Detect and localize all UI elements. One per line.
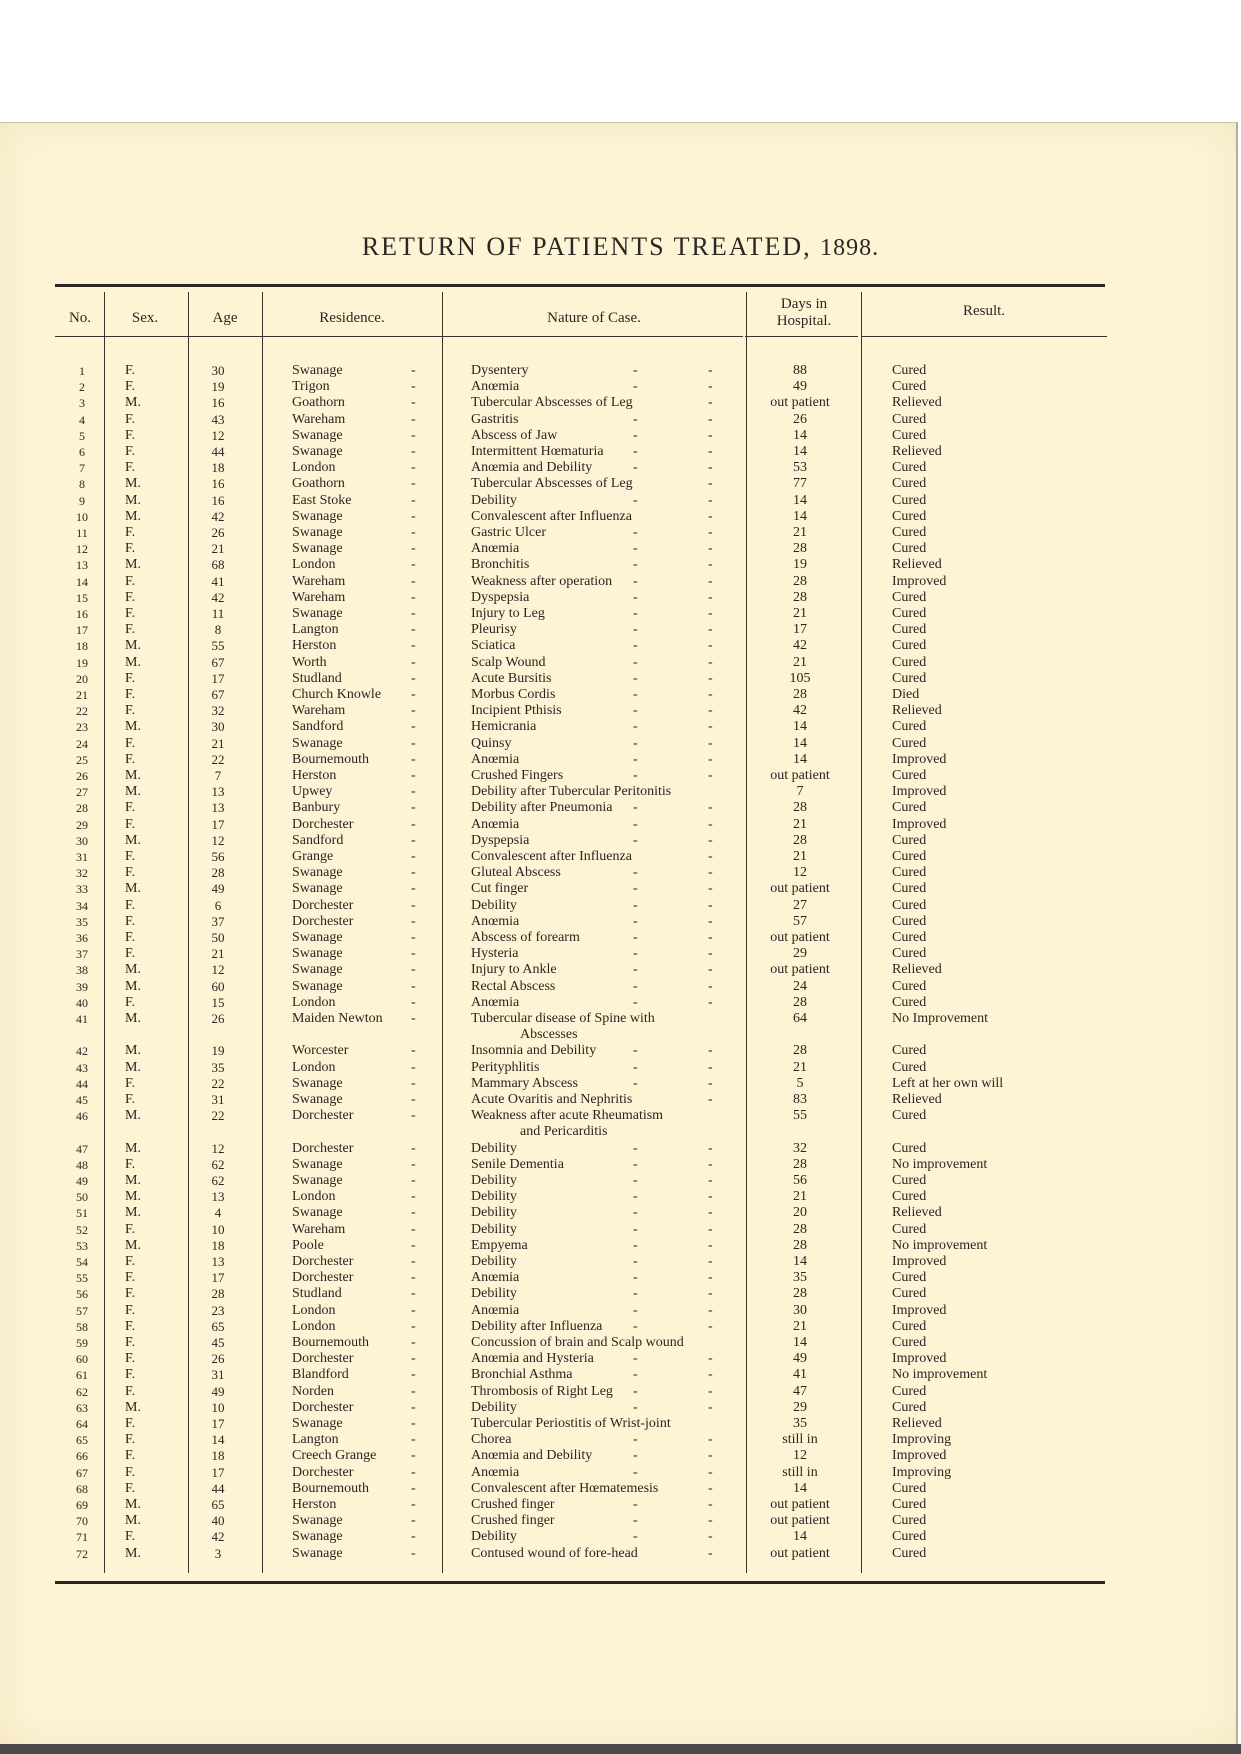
table-row: 68F.44BournemouthConvalescent after Hœma… bbox=[0, 1481, 1241, 1497]
case-leader-dash: - bbox=[633, 1189, 638, 1205]
residence-leader-dash: - bbox=[411, 703, 416, 719]
row-number: 63 bbox=[62, 1400, 102, 1416]
row-number: 61 bbox=[62, 1367, 102, 1383]
row-nature-of-case: Convalescent after Hœmatemesis bbox=[471, 1481, 658, 1497]
row-number: 59 bbox=[62, 1335, 102, 1351]
row-days-in-hospital: 42 bbox=[750, 638, 850, 654]
table-row: 11F.26SwanageGastric Ulcer21Cured--- bbox=[0, 525, 1241, 541]
residence-leader-dash: - bbox=[411, 428, 416, 444]
row-sex: F. bbox=[125, 1529, 165, 1545]
row-age: 17 bbox=[198, 1416, 238, 1432]
case-leader-dash: - bbox=[633, 1400, 638, 1416]
row-days-in-hospital: 56 bbox=[750, 1173, 850, 1189]
row-days-in-hospital: 14 bbox=[750, 752, 850, 768]
row-days-in-hospital: 28 bbox=[750, 574, 850, 590]
residence-leader-dash: - bbox=[411, 1060, 416, 1076]
row-sex: F. bbox=[125, 379, 165, 395]
case-leader-dash: - bbox=[633, 1513, 638, 1529]
row-sex: M. bbox=[125, 1546, 165, 1562]
row-result: Cured bbox=[892, 476, 926, 492]
row-number: 60 bbox=[62, 1351, 102, 1367]
row-residence: Swanage bbox=[292, 865, 343, 881]
row-number: 65 bbox=[62, 1432, 102, 1448]
row-age: 22 bbox=[198, 752, 238, 768]
row-number: 1 bbox=[62, 363, 102, 379]
row-age: 45 bbox=[198, 1335, 238, 1351]
row-age: 50 bbox=[198, 930, 238, 946]
case-leader-dash: - bbox=[708, 768, 713, 784]
case-leader-dash: - bbox=[708, 849, 713, 865]
residence-leader-dash: - bbox=[411, 395, 416, 411]
row-age: 17 bbox=[198, 1465, 238, 1481]
row-age: 28 bbox=[198, 1286, 238, 1302]
row-sex: F. bbox=[125, 687, 165, 703]
table-row: 58F.65LondonDebility after Influenza21Cu… bbox=[0, 1319, 1241, 1335]
header-days-line1: Days in bbox=[748, 296, 860, 313]
table-row: 57F.23LondonAnœmia30Improved--- bbox=[0, 1303, 1241, 1319]
residence-leader-dash: - bbox=[411, 817, 416, 833]
row-sex: F. bbox=[125, 752, 165, 768]
row-sex: F. bbox=[125, 1157, 165, 1173]
table-row: 50M.13LondonDebility21Cured--- bbox=[0, 1189, 1241, 1205]
row-age: 30 bbox=[198, 719, 238, 735]
table-row: 66F.18Creech GrangeAnœmia and Debility12… bbox=[0, 1448, 1241, 1464]
row-residence: Swanage bbox=[292, 1546, 343, 1562]
row-sex: M. bbox=[125, 1513, 165, 1529]
row-nature-of-case: Debility bbox=[471, 1286, 517, 1302]
row-nature-of-case: Weakness after operation bbox=[471, 574, 612, 590]
table-row: 37F.21SwanageHysteria29Cured--- bbox=[0, 946, 1241, 962]
row-days-in-hospital: 14 bbox=[750, 1481, 850, 1497]
row-residence: Upwey bbox=[292, 784, 332, 800]
table-row: 1F.30SwanageDysentery88Cured--- bbox=[0, 363, 1241, 379]
row-result: Cured bbox=[892, 1335, 926, 1351]
row-residence: London bbox=[292, 1060, 336, 1076]
residence-leader-dash: - bbox=[411, 995, 416, 1011]
row-result: Cured bbox=[892, 493, 926, 509]
row-sex: F. bbox=[125, 930, 165, 946]
row-residence: Swanage bbox=[292, 541, 343, 557]
row-nature-of-case: Anœmia and Debility bbox=[471, 460, 592, 476]
row-residence: Creech Grange bbox=[292, 1448, 376, 1464]
residence-leader-dash: - bbox=[411, 476, 416, 492]
row-result: Cured bbox=[892, 1043, 926, 1059]
residence-leader-dash: - bbox=[411, 1497, 416, 1513]
row-age: 15 bbox=[198, 995, 238, 1011]
header-underline-days bbox=[745, 336, 858, 337]
case-leader-dash: - bbox=[633, 817, 638, 833]
table-row: 12F.21SwanageAnœmia28Cured--- bbox=[0, 541, 1241, 557]
residence-leader-dash: - bbox=[411, 752, 416, 768]
row-days-in-hospital: 14 bbox=[750, 736, 850, 752]
table-row: 4F.43WarehamGastritis26Cured--- bbox=[0, 412, 1241, 428]
row-number: 46 bbox=[62, 1108, 102, 1124]
row-days-in-hospital: 64 bbox=[750, 1011, 850, 1027]
case-leader-dash: - bbox=[633, 1173, 638, 1189]
row-number: 72 bbox=[62, 1546, 102, 1562]
row-result: Cured bbox=[892, 865, 926, 881]
case-leader-dash: - bbox=[708, 1189, 713, 1205]
case-leader-dash: - bbox=[633, 752, 638, 768]
table-row: 19M.67WorthScalp Wound21Cured--- bbox=[0, 655, 1241, 671]
row-nature-of-case: Acute Ovaritis and Nephritis bbox=[471, 1092, 632, 1108]
row-days-in-hospital: 28 bbox=[750, 541, 850, 557]
scan-bottom-edge bbox=[0, 1744, 1241, 1754]
row-age: 26 bbox=[198, 1011, 238, 1027]
residence-leader-dash: - bbox=[411, 1108, 416, 1124]
residence-leader-dash: - bbox=[411, 719, 416, 735]
row-nature-of-case: Insomnia and Debility bbox=[471, 1043, 596, 1059]
row-age: 67 bbox=[198, 687, 238, 703]
row-age: 14 bbox=[198, 1432, 238, 1448]
row-result: Cured bbox=[892, 1286, 926, 1302]
row-days-in-hospital: out patient bbox=[750, 395, 850, 411]
row-result: Cured bbox=[892, 849, 926, 865]
row-residence: Wareham bbox=[292, 574, 345, 590]
row-result: No Improvement bbox=[892, 1011, 988, 1027]
case-leader-dash: - bbox=[633, 1254, 638, 1270]
row-age: 49 bbox=[198, 1384, 238, 1400]
case-leader-dash: - bbox=[708, 363, 713, 379]
case-leader-dash: - bbox=[708, 655, 713, 671]
row-sex: M. bbox=[125, 509, 165, 525]
residence-leader-dash: - bbox=[411, 784, 416, 800]
row-sex: M. bbox=[125, 395, 165, 411]
row-sex: F. bbox=[125, 1335, 165, 1351]
row-age: 31 bbox=[198, 1092, 238, 1108]
table-row: 65F.14LangtonChoreastill inImproving--- bbox=[0, 1432, 1241, 1448]
row-number: 53 bbox=[62, 1238, 102, 1254]
case-leader-dash: - bbox=[633, 1141, 638, 1157]
residence-leader-dash: - bbox=[411, 412, 416, 428]
row-number: 38 bbox=[62, 962, 102, 978]
row-sex: M. bbox=[125, 557, 165, 573]
case-leader-dash: - bbox=[633, 541, 638, 557]
row-nature-of-case: Injury to Ankle bbox=[471, 962, 557, 978]
row-number: 24 bbox=[62, 736, 102, 752]
table-row: 30M.12SandfordDyspepsia28Cured--- bbox=[0, 833, 1241, 849]
row-sex: M. bbox=[125, 881, 165, 897]
table-row: 2F.19TrigonAnœmia49Cured--- bbox=[0, 379, 1241, 395]
row-residence: Swanage bbox=[292, 1157, 343, 1173]
row-nature-of-case: Debility bbox=[471, 1141, 517, 1157]
table-row: 13M.68LondonBronchitis19Relieved--- bbox=[0, 557, 1241, 573]
row-days-in-hospital: 28 bbox=[750, 1286, 850, 1302]
row-age: 41 bbox=[198, 574, 238, 590]
residence-leader-dash: - bbox=[411, 525, 416, 541]
table-row: 55F.17DorchesterAnœmia35Cured--- bbox=[0, 1270, 1241, 1286]
case-leader-dash: - bbox=[708, 1351, 713, 1367]
row-residence: Dorchester bbox=[292, 1351, 353, 1367]
row-age: 16 bbox=[198, 476, 238, 492]
row-nature-of-case: Scalp Wound bbox=[471, 655, 545, 671]
residence-leader-dash: - bbox=[411, 1448, 416, 1464]
row-result: Cured bbox=[892, 1384, 926, 1400]
table-top-rule bbox=[55, 284, 1105, 287]
row-result: Improved bbox=[892, 1303, 946, 1319]
row-nature-of-case: Debility bbox=[471, 1529, 517, 1545]
case-leader-dash: - bbox=[633, 622, 638, 638]
table-row: 60F.26DorchesterAnœmia and Hysteria49Imp… bbox=[0, 1351, 1241, 1367]
row-result: Cured bbox=[892, 1060, 926, 1076]
row-result: Cured bbox=[892, 525, 926, 541]
row-result: No improvement bbox=[892, 1157, 987, 1173]
row-sex: F. bbox=[125, 995, 165, 1011]
row-result: Relieved bbox=[892, 1416, 942, 1432]
row-days-in-hospital: 7 bbox=[750, 784, 850, 800]
case-leader-dash: - bbox=[633, 719, 638, 735]
residence-leader-dash: - bbox=[411, 1351, 416, 1367]
row-age: 62 bbox=[198, 1173, 238, 1189]
table-row: 53M.18PooleEmpyema28No improvement--- bbox=[0, 1238, 1241, 1254]
row-nature-of-case: Weakness after acute Rheumatism bbox=[471, 1108, 663, 1124]
row-days-in-hospital: 27 bbox=[750, 898, 850, 914]
row-sex: F. bbox=[125, 428, 165, 444]
residence-leader-dash: - bbox=[411, 1011, 416, 1027]
case-leader-dash: - bbox=[708, 1497, 713, 1513]
residence-leader-dash: - bbox=[411, 946, 416, 962]
row-days-in-hospital: out patient bbox=[750, 881, 850, 897]
row-nature-of-case: Debility bbox=[471, 1173, 517, 1189]
row-result: Cured bbox=[892, 768, 926, 784]
residence-leader-dash: - bbox=[411, 768, 416, 784]
case-leader-dash: - bbox=[708, 638, 713, 654]
header-sex: Sex. bbox=[110, 310, 180, 327]
row-days-in-hospital: 21 bbox=[750, 1319, 850, 1335]
row-result: Cured bbox=[892, 671, 926, 687]
row-result: Cured bbox=[892, 1400, 926, 1416]
row-days-in-hospital: out patient bbox=[750, 1497, 850, 1513]
case-leader-dash: - bbox=[708, 1205, 713, 1221]
row-nature-of-case: Tubercular Abscesses of Leg bbox=[471, 395, 633, 411]
row-residence: Swanage bbox=[292, 363, 343, 379]
row-result: Cured bbox=[892, 1529, 926, 1545]
residence-leader-dash: - bbox=[411, 1546, 416, 1562]
row-sex: F. bbox=[125, 1367, 165, 1383]
case-leader-dash: - bbox=[633, 1060, 638, 1076]
row-days-in-hospital: out patient bbox=[750, 930, 850, 946]
residence-leader-dash: - bbox=[411, 1076, 416, 1092]
row-residence: Wareham bbox=[292, 703, 345, 719]
row-nature-of-case: Acute Bursitis bbox=[471, 671, 552, 687]
case-leader-dash: - bbox=[633, 800, 638, 816]
table-row: 61F.31BlandfordBronchial Asthma41No impr… bbox=[0, 1367, 1241, 1383]
row-result: Improving bbox=[892, 1432, 951, 1448]
row-result: Cured bbox=[892, 541, 926, 557]
row-number: 39 bbox=[62, 979, 102, 995]
header-days-in-hospital: Days in Hospital. bbox=[748, 296, 860, 330]
case-leader-dash: - bbox=[633, 1367, 638, 1383]
row-nature-of-case: Hysteria bbox=[471, 946, 518, 962]
case-leader-dash: - bbox=[708, 1076, 713, 1092]
row-residence: London bbox=[292, 1189, 336, 1205]
row-nature-of-case: Debility bbox=[471, 1222, 517, 1238]
case-leader-dash: - bbox=[708, 1043, 713, 1059]
row-nature-of-case: Anœmia bbox=[471, 541, 519, 557]
row-age: 13 bbox=[198, 800, 238, 816]
row-result: Relieved bbox=[892, 703, 942, 719]
row-sex: F. bbox=[125, 1416, 165, 1432]
case-leader-dash: - bbox=[708, 541, 713, 557]
row-residence: Herston bbox=[292, 638, 336, 654]
row-result: No improvement bbox=[892, 1367, 987, 1383]
residence-leader-dash: - bbox=[411, 1400, 416, 1416]
row-residence: Church Knowle bbox=[292, 687, 381, 703]
table-row: 31F.56GrangeConvalescent after Influenza… bbox=[0, 849, 1241, 865]
row-residence: Dorchester bbox=[292, 1400, 353, 1416]
row-days-in-hospital: 14 bbox=[750, 428, 850, 444]
table-row: 46M.22DorchesterWeakness after acute Rhe… bbox=[0, 1108, 1241, 1124]
row-age: 19 bbox=[198, 379, 238, 395]
row-nature-of-case: Perityphlitis bbox=[471, 1060, 539, 1076]
row-days-in-hospital: 105 bbox=[750, 671, 850, 687]
row-result: Cured bbox=[892, 606, 926, 622]
residence-leader-dash: - bbox=[411, 687, 416, 703]
header-result: Result. bbox=[864, 303, 1104, 320]
case-leader-dash: - bbox=[708, 995, 713, 1011]
row-days-in-hospital: 55 bbox=[750, 1108, 850, 1124]
row-age: 13 bbox=[198, 1254, 238, 1270]
row-nature-of-case: Debility bbox=[471, 898, 517, 914]
row-days-in-hospital: 28 bbox=[750, 687, 850, 703]
row-nature-of-case: Contused wound of fore-head bbox=[471, 1546, 638, 1562]
case-leader-dash: - bbox=[708, 1432, 713, 1448]
row-nature-of-case: Anœmia and Debility bbox=[471, 1448, 592, 1464]
row-age: 10 bbox=[198, 1400, 238, 1416]
case-leader-dash: - bbox=[708, 476, 713, 492]
row-age: 65 bbox=[198, 1319, 238, 1335]
row-days-in-hospital: still in bbox=[750, 1432, 850, 1448]
row-sex: F. bbox=[125, 1286, 165, 1302]
row-days-in-hospital: 17 bbox=[750, 622, 850, 638]
row-nature-of-case: Intermittent Hœmaturia bbox=[471, 444, 604, 460]
case-leader-dash: - bbox=[633, 1432, 638, 1448]
row-sex: F. bbox=[125, 541, 165, 557]
row-age: 55 bbox=[198, 638, 238, 654]
row-days-in-hospital: 14 bbox=[750, 1529, 850, 1545]
row-days-in-hospital: 21 bbox=[750, 1189, 850, 1205]
row-age: 18 bbox=[198, 1238, 238, 1254]
row-residence: Swanage bbox=[292, 946, 343, 962]
residence-leader-dash: - bbox=[411, 1286, 416, 1302]
row-residence: Swanage bbox=[292, 1205, 343, 1221]
case-leader-dash: - bbox=[708, 833, 713, 849]
row-days-in-hospital: 49 bbox=[750, 1351, 850, 1367]
row-residence: Wareham bbox=[292, 590, 345, 606]
row-residence: Maiden Newton bbox=[292, 1011, 383, 1027]
row-nature-of-case: Senile Dementia bbox=[471, 1157, 564, 1173]
case-leader-dash: - bbox=[633, 881, 638, 897]
row-result: Relieved bbox=[892, 1205, 942, 1221]
table-row: 63M.10DorchesterDebility29Cured--- bbox=[0, 1400, 1241, 1416]
residence-leader-dash: - bbox=[411, 363, 416, 379]
row-nature-of-case: Debility bbox=[471, 1254, 517, 1270]
row-nature-of-case: Rectal Abscess bbox=[471, 979, 555, 995]
row-days-in-hospital: 28 bbox=[750, 800, 850, 816]
row-result: Cured bbox=[892, 946, 926, 962]
row-residence: Langton bbox=[292, 1432, 339, 1448]
case-leader-dash: - bbox=[708, 1141, 713, 1157]
row-result: Improving bbox=[892, 1465, 951, 1481]
page-title: RETURN OF PATIENTS TREATED, 1898. bbox=[0, 232, 1241, 262]
row-number: 45 bbox=[62, 1092, 102, 1108]
case-leader-dash: - bbox=[708, 525, 713, 541]
row-age: 12 bbox=[198, 833, 238, 849]
table-row: 9M.16East StokeDebility14Cured--- bbox=[0, 493, 1241, 509]
row-age: 19 bbox=[198, 1043, 238, 1059]
row-age: 31 bbox=[198, 1367, 238, 1383]
row-result: Improved bbox=[892, 784, 946, 800]
case-leader-dash: - bbox=[708, 557, 713, 573]
residence-leader-dash: - bbox=[411, 1157, 416, 1173]
row-age: 65 bbox=[198, 1497, 238, 1513]
row-number: 5 bbox=[62, 428, 102, 444]
row-age: 22 bbox=[198, 1076, 238, 1092]
row-number: 12 bbox=[62, 541, 102, 557]
table-row: 25F.22BournemouthAnœmia14Improved--- bbox=[0, 752, 1241, 768]
row-number: 55 bbox=[62, 1270, 102, 1286]
row-age: 18 bbox=[198, 1448, 238, 1464]
row-residence: Dorchester bbox=[292, 898, 353, 914]
row-sex: F. bbox=[125, 1384, 165, 1400]
row-nature-of-case: Crushed finger bbox=[471, 1497, 555, 1513]
table-row: 40F.15LondonAnœmia28Cured--- bbox=[0, 995, 1241, 1011]
case-leader-dash: - bbox=[708, 493, 713, 509]
row-number: 30 bbox=[62, 833, 102, 849]
row-sex: F. bbox=[125, 1270, 165, 1286]
row-result: Cured bbox=[892, 1108, 926, 1124]
row-nature-of-case: Concussion of brain and Scalp wound bbox=[471, 1335, 684, 1351]
case-leader-dash: - bbox=[633, 898, 638, 914]
row-days-in-hospital: 21 bbox=[750, 849, 850, 865]
row-number: 16 bbox=[62, 606, 102, 622]
row-number: 69 bbox=[62, 1497, 102, 1513]
case-leader-dash: - bbox=[633, 1076, 638, 1092]
case-leader-dash: - bbox=[708, 1513, 713, 1529]
row-sex: F. bbox=[125, 363, 165, 379]
case-leader-dash: - bbox=[633, 703, 638, 719]
row-days-in-hospital: out patient bbox=[750, 1546, 850, 1562]
case-leader-dash: - bbox=[708, 946, 713, 962]
table-row: 14F.41WarehamWeakness after operation28I… bbox=[0, 574, 1241, 590]
table-row: 21F.67Church KnowleMorbus Cordis28Died--… bbox=[0, 687, 1241, 703]
residence-leader-dash: - bbox=[411, 1092, 416, 1108]
case-leader-dash: - bbox=[633, 363, 638, 379]
table-row: 51M.4SwanageDebility20Relieved--- bbox=[0, 1205, 1241, 1221]
row-sex: F. bbox=[125, 574, 165, 590]
row-residence: Bournemouth bbox=[292, 1481, 369, 1497]
row-residence: Swanage bbox=[292, 1513, 343, 1529]
row-residence: Blandford bbox=[292, 1367, 349, 1383]
table-row: 22F.32WarehamIncipient Pthisis42Relieved… bbox=[0, 703, 1241, 719]
row-result: Cured bbox=[892, 1141, 926, 1157]
row-sex: F. bbox=[125, 1351, 165, 1367]
row-result: Cured bbox=[892, 622, 926, 638]
row-result: Cured bbox=[892, 1189, 926, 1205]
row-days-in-hospital: 19 bbox=[750, 557, 850, 573]
row-days-in-hospital: 28 bbox=[750, 1043, 850, 1059]
residence-leader-dash: - bbox=[411, 1513, 416, 1529]
row-sex: M. bbox=[125, 833, 165, 849]
case-leader-dash: - bbox=[708, 460, 713, 476]
residence-leader-dash: - bbox=[411, 1254, 416, 1270]
header-underline-left bbox=[55, 336, 443, 337]
row-nature-of-case: Cut finger bbox=[471, 881, 528, 897]
row-result: Cured bbox=[892, 1319, 926, 1335]
row-result: Improved bbox=[892, 1351, 946, 1367]
residence-leader-dash: - bbox=[411, 962, 416, 978]
row-nature-of-case: Crushed Fingers bbox=[471, 768, 563, 784]
